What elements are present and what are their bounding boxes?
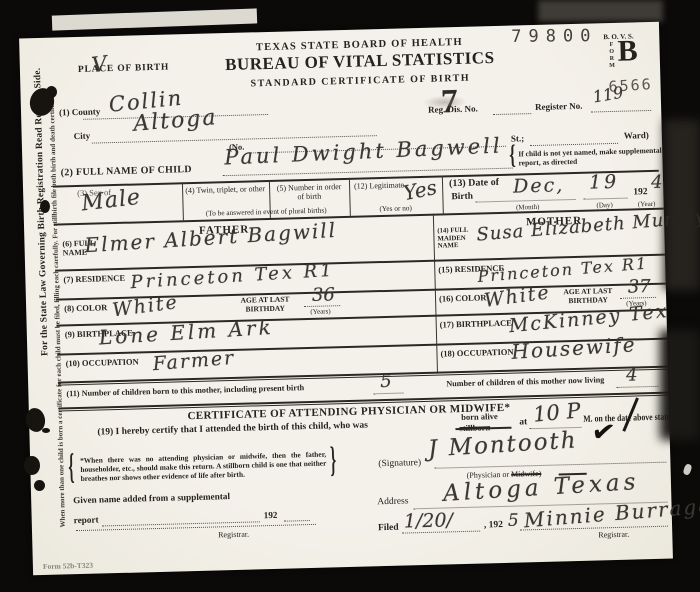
report-year-line [284,520,310,522]
filed-year-printed: , 192 [484,520,503,530]
year-printed: 192 [633,187,648,197]
birth-word: Birth [451,192,473,203]
month-line [476,199,576,203]
certify-statement-pre: (19) I hereby certify that I attended th… [97,420,368,437]
twin-label: (4) Twin, triplet, or other [185,184,265,195]
day-value: 19 [589,171,620,194]
scan-patch-right-2 [660,330,700,440]
ward-label: Ward) [624,130,649,141]
given-name-line: Given name added from a supplemental [73,491,230,505]
ink-blob [24,456,40,475]
father-age-label: AGE AT LAST BIRTHDAY [229,295,301,314]
form-number-footer: Form 52b-T323 [43,561,93,571]
father-color-label: (8) COLOR [64,302,107,313]
register-label: Register No. [535,101,583,112]
children-born-value: 5 [380,371,392,392]
mother-color-label: (16) COLOR [439,292,487,303]
signature-line [434,462,666,469]
father-occupation-label: (10) OCCUPATION [65,356,138,368]
second-page-sliver [52,8,257,30]
physician-footnote: *When there was no attending physician o… [80,451,327,484]
cell-divider [349,178,351,216]
sex-value: Male [80,185,142,217]
scan-patch-right-1 [664,120,700,290]
legitimate-value: Yes [401,175,439,205]
register-value: 119 [591,83,624,107]
child-note-brace: { [509,141,516,172]
signature-value: J Montooth [427,427,578,462]
ink-blob [42,428,50,433]
scan-smudge-top-right [538,0,663,22]
certificate-sheet: For the State Law Governing Birth Regist… [19,22,673,576]
filed-year-digit: 5 [508,511,519,531]
mother-name-label: (14) FULL MAIDEN NAME [437,227,478,251]
signature-label: (Signature) [378,458,421,469]
at-label: at [519,417,527,427]
mother-birthplace-label: (17) BIRTHPLACE [440,318,512,330]
check-mark-signature: ✔ [589,414,617,450]
registrar-left-label: Registrar. [218,530,249,540]
scanned-birth-certificate: { "header": { "stamp_number": "79800", "… [0,0,700,592]
father-residence-label: (7) RESIDENCE [63,273,125,285]
footnote-brace-right: } [330,442,337,483]
form-letter: B [617,34,638,69]
date-of-label: (13) Date of [449,177,499,189]
children-born-line [374,393,404,395]
filed-date-value: 1/20/ [404,509,454,532]
order-label: (5) Number in order of birth [273,182,345,202]
mother-occupation-label: (18) OCCUPATION [440,347,513,359]
children-living-value: 4 [626,364,638,385]
mother-age-label: AGE AT LAST BIRTHDAY [552,287,624,306]
reg-dis-label: Reg. Dis. No. [428,103,478,114]
check-mark-top: V [90,51,108,77]
children-living-label: Number of children of this mother now li… [446,375,604,388]
paper-speck-right [682,463,692,476]
child-name-label: (2) FULL NAME OF CHILD [60,164,191,178]
legitimate-label: (12) Legitimate [354,180,404,190]
county-label: (1) County [59,106,101,117]
legitimate-note: (Yes or no) [360,203,432,214]
father-age-value: 36 [312,284,335,306]
day-line [583,198,627,200]
cell-divider [442,175,444,213]
form-word-vertical: FORM [608,42,615,70]
time-value: 10 P [532,398,582,426]
mother-color-value: White [483,281,552,312]
report-year: 192 [264,510,278,520]
month-value: Dec, [513,174,565,197]
address-label: Address [377,496,408,507]
reg-dis-line [493,113,531,115]
register-line [591,110,651,113]
father-color-value: White [111,291,180,322]
footnote-brace-left: { [68,449,75,490]
ink-blob [46,86,57,98]
filed-label: Filed [378,523,399,534]
children-living-line [616,386,658,388]
mother-occupation-value: Housewife [511,332,637,364]
ink-blob [34,480,45,491]
city-label: City [74,131,91,141]
registrar-right-label: Registrar. [598,530,629,540]
mother-age-value: 37 [628,276,651,298]
children-born-label: (11) Number of children born to this mot… [66,383,304,398]
st-line [530,143,618,146]
report-label: report [74,515,99,526]
ink-blob [40,200,50,213]
year-digit: 4 [651,172,663,193]
city-value: Altoga [132,105,218,137]
child-note: If child is not yet named, make suppleme… [518,146,666,168]
father-years-note: (Years) [310,307,330,316]
born-alive-option: born alive [461,411,498,422]
